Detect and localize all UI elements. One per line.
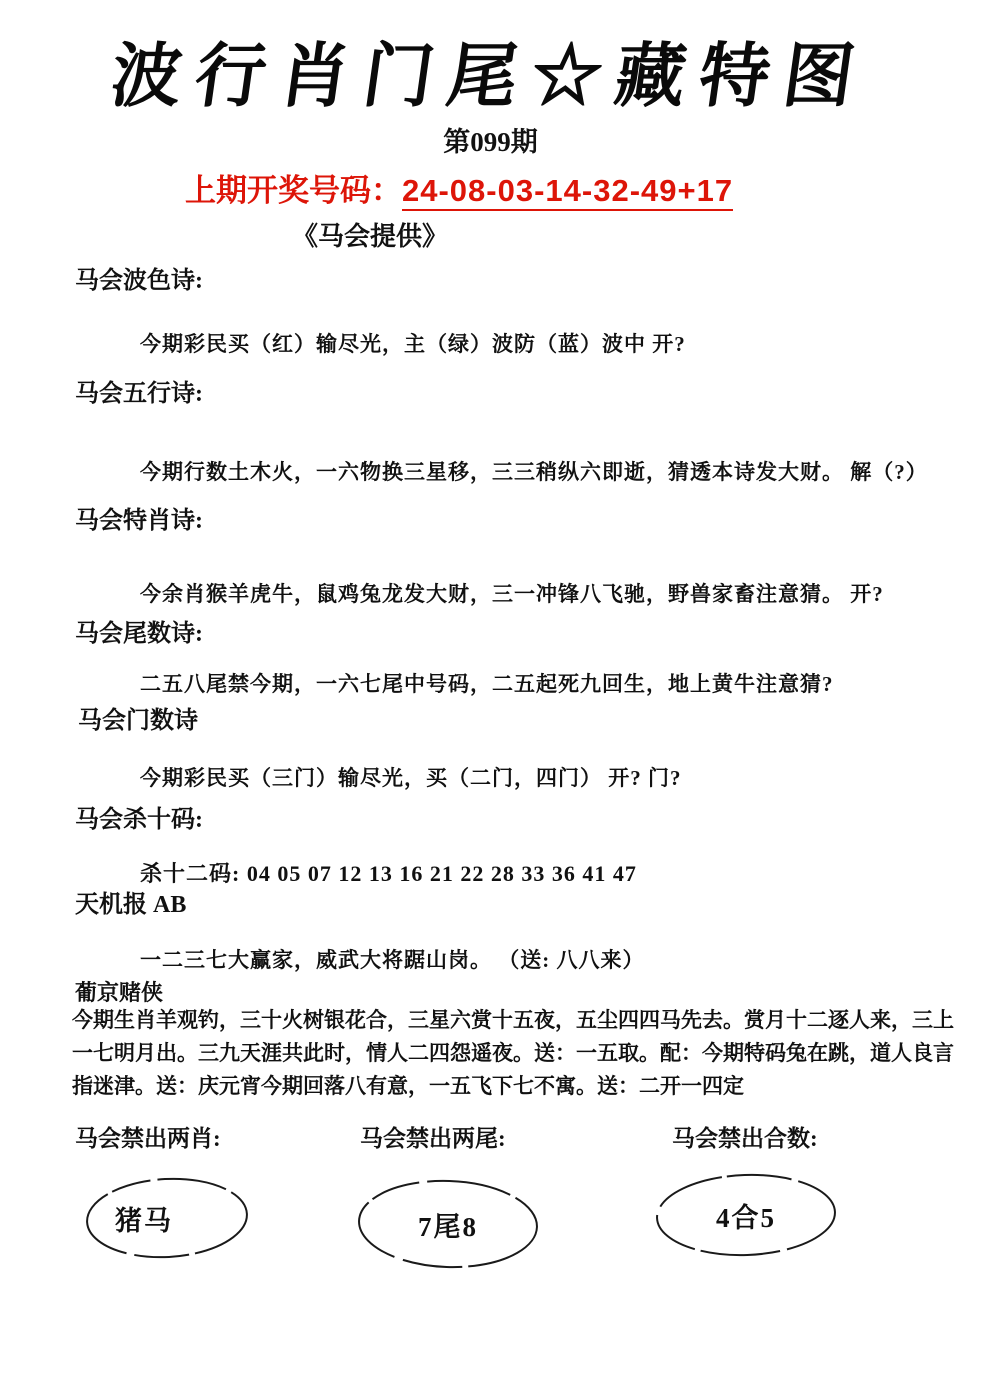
section-tianji-label: 天机报 AB <box>75 884 186 919</box>
ban-tail-oval: 7尾8 <box>355 1178 541 1270</box>
tip-sheet-page: 波行肖门尾☆藏特图 第099期 上期开奖号码：24-08-03-14-32-49… <box>0 0 981 1388</box>
kill-codes-line: 杀十二码: 04 05 07 12 13 16 21 22 28 33 36 4… <box>140 857 637 888</box>
ban-sum-oval: 4合5 <box>653 1172 839 1258</box>
section-wuxing-poem: 今期行数土木火，一六物换三星移，三三稍纵六即逝，猜透本诗发大财。 解（?） <box>140 456 928 486</box>
ban-zodiac-label: 马会禁出两肖: <box>75 1120 221 1153</box>
kill-codes-values: 04 05 07 12 13 16 21 22 28 33 36 41 47 <box>247 861 637 886</box>
pujing-line-3: 指迷津。送：庆元宵今期回落八有意，一五飞下七不寓。送：二开一四定 <box>72 1070 917 1103</box>
section-texiao-poem: 今余肖猴羊虎牛，鼠鸡兔龙发大财，三一冲锋八飞驰，野兽家畜注意猜。 开? <box>140 578 884 608</box>
ban-sum-value: 4合5 <box>653 1172 839 1258</box>
section-tianji-poem: 一二三七大赢家，威武大将踞山岗。 （送: 八八来） <box>140 944 645 974</box>
page-title: 波行肖门尾☆藏特图 <box>0 20 981 121</box>
issue-number: 第099期 <box>0 120 981 159</box>
section-shama-label: 马会杀十码: <box>75 799 203 834</box>
section-wuxing-label: 马会五行诗: <box>75 373 203 408</box>
kill-codes-label: 杀十二码: <box>140 861 247 886</box>
pujing-paragraph: 今期生肖羊观钓，三十火树银花合，三星六赏十五夜，五尘四四马先去。赏月十二逐人来，… <box>72 1004 917 1103</box>
provider-line: 《马会提供》 <box>0 216 740 253</box>
section-bose-label: 马会波色诗: <box>75 260 203 295</box>
pujing-line-1: 今期生肖羊观钓，三十火树银花合，三星六赏十五夜，五尘四四马先去。赏月十二逐人来，… <box>72 1004 917 1037</box>
ban-zodiac-value: 猪马 <box>83 1176 283 1260</box>
last-draw-label: 上期开奖号码： <box>185 173 402 208</box>
section-pujing-label: 葡京赌侠 <box>75 976 163 1007</box>
last-draw-line: 上期开奖号码：24-08-03-14-32-49+17 <box>185 165 733 210</box>
ban-zodiac-oval: 猪马 <box>83 1176 251 1260</box>
pujing-line-2: 一七明月出。三九天涯共此时，情人二四怨遥夜。送：一五取。配：今期特码兔在跳，道人… <box>72 1037 917 1070</box>
section-menshu-label: 马会门数诗 <box>78 700 198 735</box>
last-draw-numbers: 24-08-03-14-32-49+17 <box>402 173 733 211</box>
section-weishu-label: 马会尾数诗: <box>75 613 203 648</box>
section-bose-poem: 今期彩民买（红）输尽光，主（绿）波防（蓝）波中 开? <box>140 328 686 358</box>
ban-tail-value: 7尾8 <box>355 1178 541 1270</box>
section-menshu-poem: 今期彩民买（三门）输尽光，买（二门，四门） 开? 门? <box>140 762 682 792</box>
section-texiao-label: 马会特肖诗: <box>75 500 203 535</box>
ban-tail-label: 马会禁出两尾: <box>360 1120 506 1153</box>
section-weishu-poem: 二五八尾禁今期，一六七尾中号码，二五起死九回生，地上黄牛注意猜? <box>140 668 834 698</box>
ban-sum-label: 马会禁出合数: <box>672 1120 818 1153</box>
